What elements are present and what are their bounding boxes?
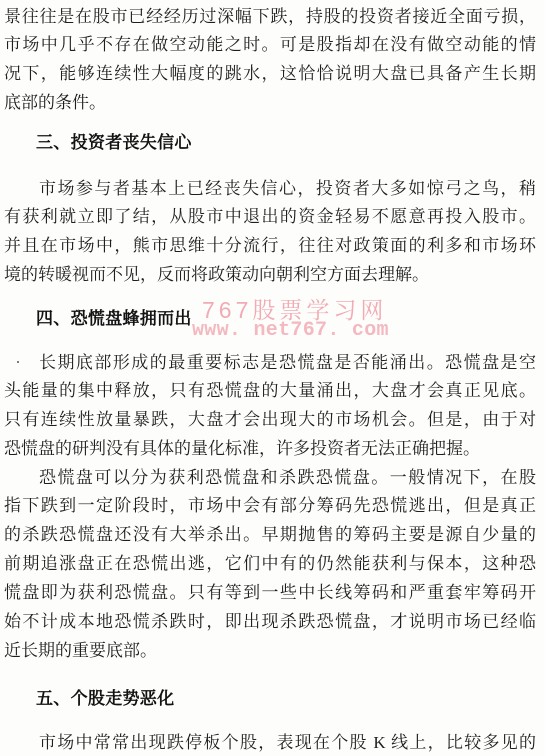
text-line: 有获利就立即了结，从股市中退出的资金轻易不愿意再投入股市。: [4, 203, 536, 232]
text-line: 近长期的重要底部。: [4, 637, 536, 666]
section-heading-3: 三、投资者丧失信心: [36, 129, 192, 158]
intro-paragraph: 景往往是在股市已经经历过深幅下跌，持股的投资者接近全面亏损， 市场中几乎不存在做…: [4, 3, 536, 119]
text-line: 长期底部形成的最重要标志是恐慌盘是否能涌出。恐慌盘是空: [4, 349, 536, 378]
text-line: 指下跌到一定阶段时，市场中会有部分筹码先恐慌逃出，但是真正: [4, 492, 536, 521]
section-heading-5: 五、个股走势恶化: [36, 685, 174, 714]
text-line: 景往往是在股市已经经历过深幅下跌，持股的投资者接近全面亏损，: [4, 3, 536, 32]
text-line: 的杀跌恐慌盘还没有大举杀出。早期抛售的筹码主要是源自少量的: [4, 521, 536, 550]
text-line: 慌盘即为获利恐慌盘。只有等到一些中长线筹码和严重套牢筹码开: [4, 579, 536, 608]
watermark-url: www. net767. com: [192, 320, 389, 342]
text-line: 前期追涨盘正在恐慌出逃，它们中有的仍然能获利与保本，这种恐: [4, 550, 536, 579]
text-line: 市场中几乎不存在做空动能之时。可是股指却在没有做空动能的情: [4, 31, 536, 60]
text-line: 市场中常常出现跌停板个股，表现在个股 K 线上，比较多见的: [4, 729, 536, 756]
text-line: 恐慌盘可以分为获利恐慌盘和杀跌恐慌盘。一般情况下，在股: [4, 464, 536, 493]
text-line: 境的转暖视而不见，反而将政策动向朝利空方面去理解。: [4, 261, 536, 290]
text-line: 市场参与者基本上已经丧失信心，投资者大多如惊弓之鸟，稍: [4, 175, 536, 204]
section-heading-4: 四、恐慌盘蜂拥而出: [36, 305, 192, 334]
scanned-book-page: 景往往是在股市已经经历过深幅下跌，持股的投资者接近全面亏损， 市场中几乎不存在做…: [0, 0, 545, 756]
text-line: 只有连续性放量暴跌，大盘才会出现大的市场机会。但是，由于对: [4, 406, 536, 435]
text-line: 底部的条件。: [4, 89, 536, 118]
text-line: 始不计成本地恐慌杀跌时，即出现杀跌恐慌盘，才说明市场已经临: [4, 608, 536, 637]
section-3-paragraph-1: 市场参与者基本上已经丧失信心，投资者大多如惊弓之鸟，稍 有获利就立即了结，从股市…: [4, 175, 536, 291]
section-5-paragraph-1: 市场中常常出现跌停板个股，表现在个股 K 线上，比较多见的: [4, 729, 536, 756]
text-line: 头能量的集中释放，只有恐慌盘的大量涌出，大盘才会真正见底。: [4, 377, 536, 406]
text-line: 并且在市场中，熊市思维十分流行，往往对政策面的利多和市场环: [4, 232, 536, 261]
text-line: 况下，能够连续性大幅度的跳水，这恰恰说明大盘已具备产生长期: [4, 60, 536, 89]
text-line: 恐慌盘的研判没有具体的量化标准，许多投资者无法正确把握。: [4, 435, 536, 464]
section-4-paragraph-2: 恐慌盘可以分为获利恐慌盘和杀跌恐慌盘。一般情况下，在股 指下跌到一定阶段时，市场…: [4, 464, 536, 666]
section-4-paragraph-1: 长期底部形成的最重要标志是恐慌盘是否能涌出。恐慌盘是空 头能量的集中释放，只有恐…: [4, 349, 536, 465]
